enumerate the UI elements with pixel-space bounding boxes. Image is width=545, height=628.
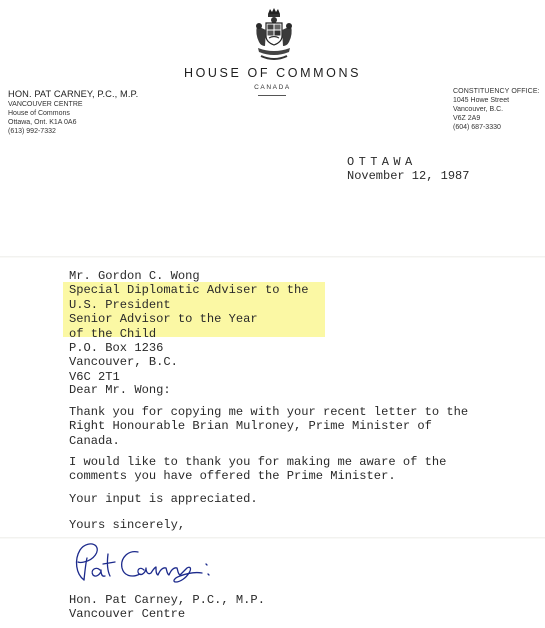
- office-title: CONSTITUENCY OFFICE:: [453, 87, 540, 96]
- office-address-line: Vancouver, B.C.: [453, 105, 540, 114]
- dateline-date: November 12, 1987: [347, 169, 469, 183]
- office-phone: (604) 687-3330: [453, 123, 540, 132]
- recipient-address-line: Vancouver, B.C.: [69, 355, 309, 369]
- handwritten-signature-icon: [70, 540, 240, 585]
- divider: [258, 95, 286, 96]
- dateline: OTTAWA November 12, 1987: [347, 155, 469, 183]
- recipient-title-line: U.S. President: [69, 298, 309, 312]
- paper-fold-line: [0, 537, 545, 539]
- signature-block: Hon. Pat Carney, P.C., M.P. Vancouver Ce…: [69, 593, 265, 622]
- body-paragraph: Thank you for copying me with your recen…: [69, 405, 468, 448]
- member-address-line: Ottawa, Ont. K1A 0A6: [8, 118, 138, 127]
- constituency-office-block: CONSTITUENCY OFFICE: 1045 Howe Street Va…: [453, 87, 540, 132]
- member-riding: VANCOUVER CENTRE: [8, 100, 138, 109]
- dateline-city: OTTAWA: [347, 155, 469, 169]
- paragraph-line: Your input is appreciated.: [69, 492, 258, 506]
- signatory-riding: Vancouver Centre: [69, 607, 265, 621]
- recipient-address-line: P.O. Box 1236: [69, 341, 309, 355]
- member-address-block: HON. PAT CARNEY, P.C., M.P. VANCOUVER CE…: [8, 89, 138, 136]
- member-name: HON. PAT CARNEY, P.C., M.P.: [8, 89, 138, 100]
- closing: Yours sincerely,: [69, 518, 185, 532]
- office-address-line: 1045 Howe Street: [453, 96, 540, 105]
- paragraph-line: Right Honourable Brian Mulroney, Prime M…: [69, 419, 468, 433]
- institution-name: HOUSE OF COMMONS: [0, 66, 545, 80]
- member-address-line: House of Commons: [8, 109, 138, 118]
- salutation: Dear Mr. Wong:: [69, 383, 171, 397]
- recipient-title-line: of the Child: [69, 327, 309, 341]
- paper-fold-line: [0, 256, 545, 258]
- recipient-title-line: Senior Advisor to the Year: [69, 312, 309, 326]
- member-phone: (613) 992-7332: [8, 127, 138, 136]
- paragraph-line: Thank you for copying me with your recen…: [69, 405, 468, 419]
- recipient-title-line: Special Diplomatic Adviser to the: [69, 283, 309, 297]
- coat-of-arms-icon: [251, 6, 297, 64]
- recipient-address-block: Mr. Gordon C. Wong Special Diplomatic Ad…: [69, 269, 309, 384]
- office-address-line: V6Z 2A9: [453, 114, 540, 123]
- paragraph-line: I would like to thank you for making me …: [69, 455, 446, 469]
- body-paragraph: I would like to thank you for making me …: [69, 455, 446, 484]
- paragraph-line: comments you have offered the Prime Mini…: [69, 469, 446, 483]
- signatory-name: Hon. Pat Carney, P.C., M.P.: [69, 593, 265, 607]
- body-paragraph: Your input is appreciated.: [69, 492, 258, 506]
- paragraph-line: Canada.: [69, 434, 468, 448]
- recipient-name: Mr. Gordon C. Wong: [69, 269, 309, 283]
